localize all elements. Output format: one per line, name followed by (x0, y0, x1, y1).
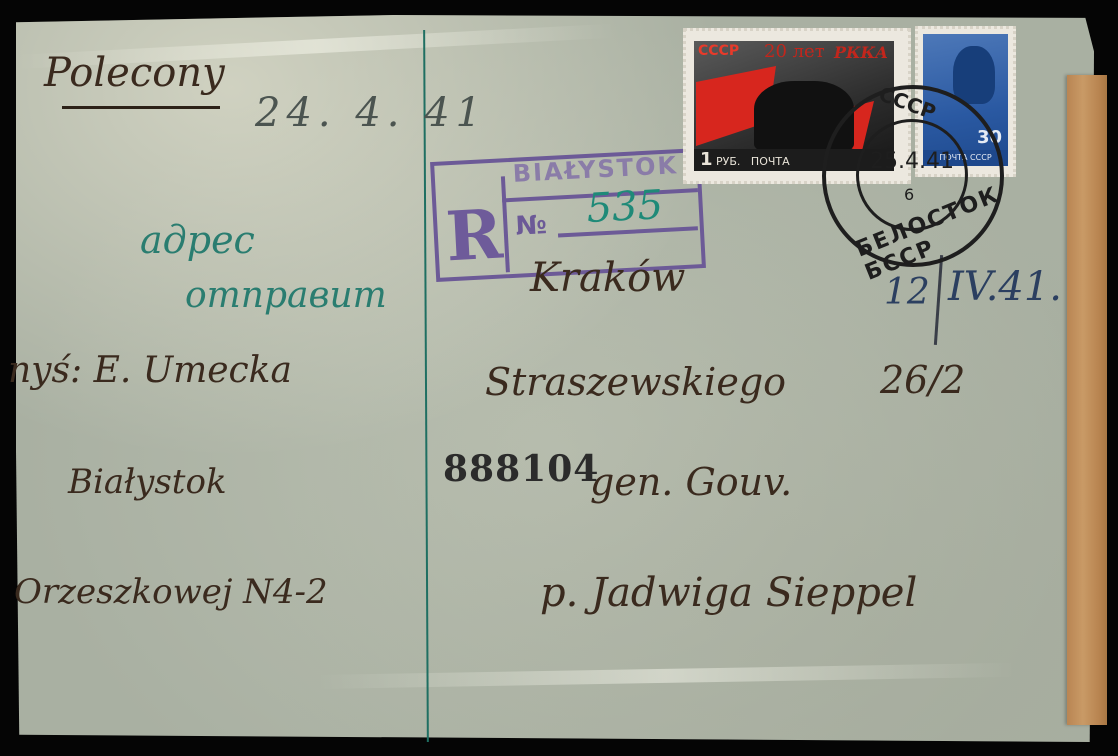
recipient-city: Kraków (530, 255, 685, 301)
registration-number: 535 (586, 182, 665, 232)
stamp-unit: РУБ. (716, 155, 740, 168)
sender-note-line2: отправит (185, 275, 387, 316)
side-note-number: 12 (884, 272, 930, 313)
handwritten-date: 24. 4. 41 (255, 90, 487, 136)
postmark-sub: 6 (904, 185, 914, 204)
postmark-date: 25.4.41 (870, 149, 954, 174)
stamp-org: РККА (834, 43, 888, 62)
registration-r-letter: R (444, 195, 505, 278)
recipient-street-number: 26/2 (880, 358, 965, 402)
sender-city: Białystok (68, 462, 227, 502)
postmark-top-text: СССР (876, 82, 939, 125)
side-note-date: IV.41. (948, 264, 1062, 310)
registered-note: Polecony (44, 50, 225, 96)
pilot-figure (953, 46, 995, 104)
censor-tape (1067, 75, 1107, 725)
sender-street: Orzeszkowej N4-2 (14, 572, 328, 612)
stamp-country: СССР (698, 43, 739, 59)
registered-underline (62, 106, 220, 109)
sender-name: nyś: E. Umecka (8, 350, 292, 391)
paper-crease (316, 663, 1016, 689)
registration-r-box: R (435, 176, 510, 276)
stamp-value: 1 (700, 149, 713, 170)
registration-no-label: № (515, 210, 548, 242)
serial-number: 888104 (443, 448, 599, 490)
recipient-street: Straszewskiego (485, 360, 786, 404)
stamp-caption: ПОЧТА (751, 155, 790, 168)
stamp-years: 20 лет (764, 41, 825, 62)
sender-note-line1: адрес (140, 218, 255, 262)
recipient-name: p. Jadwiga Sieppel (540, 570, 917, 616)
postmark: СССР 25.4.41 6 БЕЛОСТОК БССР (822, 85, 1004, 267)
recipient-region: gen. Gouv. (590, 460, 792, 504)
